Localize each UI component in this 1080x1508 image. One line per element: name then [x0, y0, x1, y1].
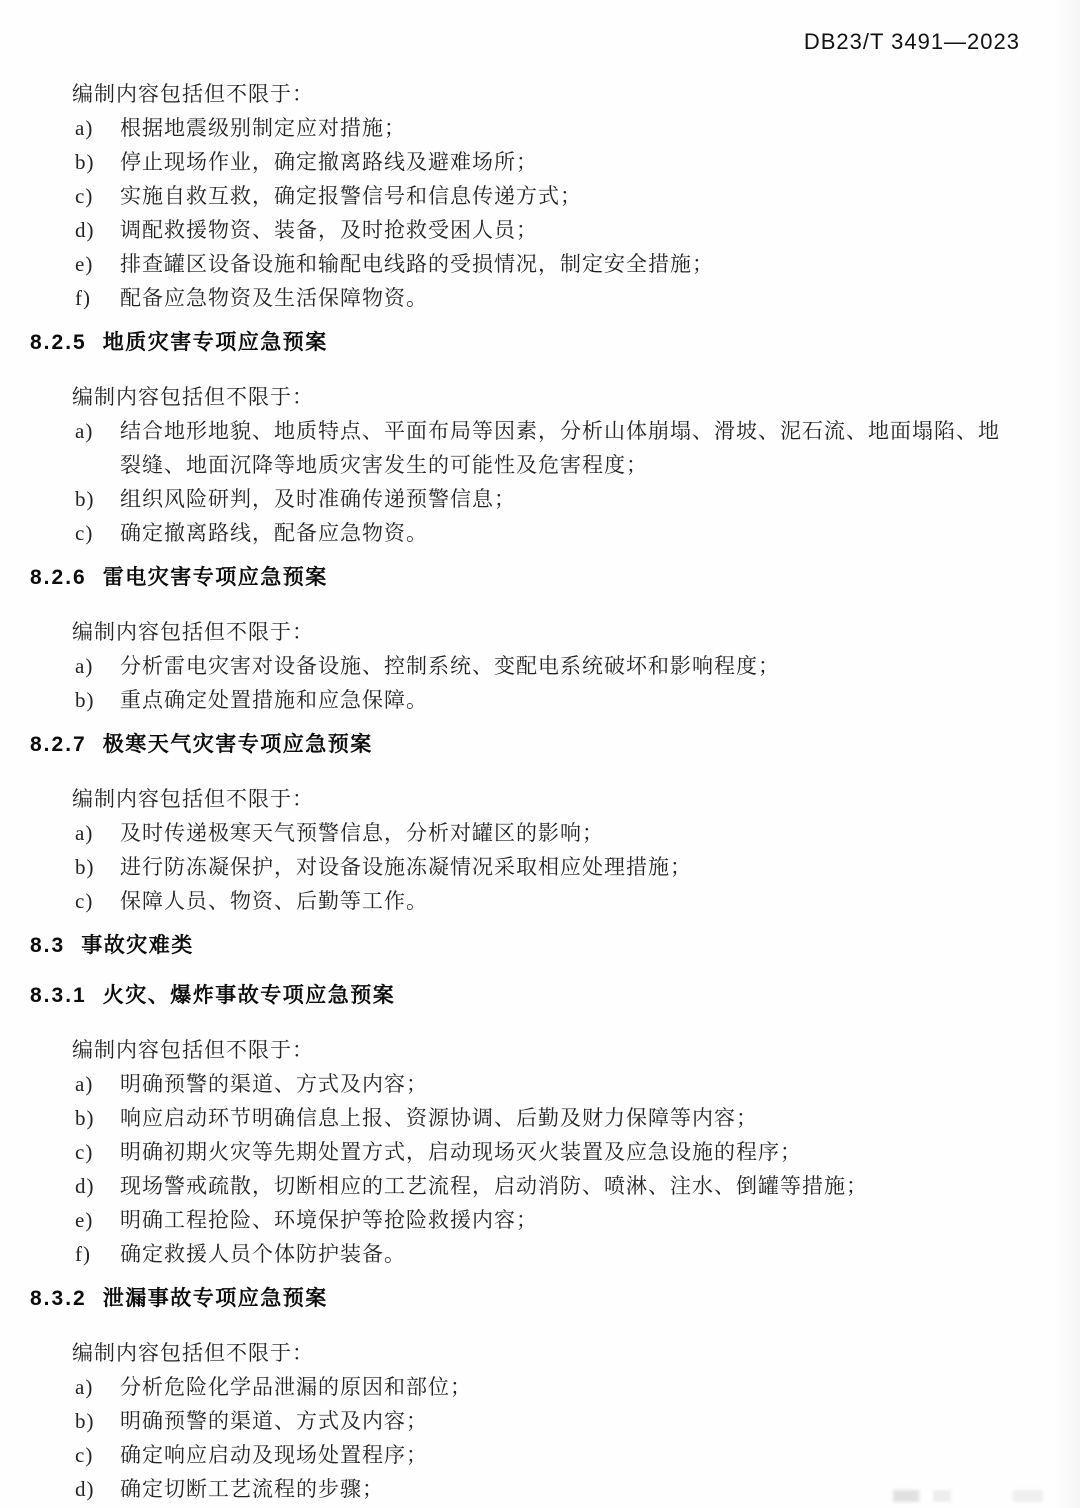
section-number: 8.3 — [30, 932, 65, 960]
list-intro: 编制内容包括但不限于： — [72, 1033, 1080, 1067]
list-item: a)结合地形地貌、地质特点、平面布局等因素，分析山体崩塌、滑坡、泥石流、地面塌陷… — [75, 414, 1080, 482]
list-item-letter: a) — [75, 816, 120, 850]
list-item: b)停止现场作业，确定撤离路线及避难场所； — [75, 145, 1080, 179]
list-item-text: 明确初期火灾等先期处置方式，启动现场灭火装置及应急设施的程序； — [120, 1135, 1010, 1169]
list-item: f)配备应急物资及生活保障物资。 — [75, 281, 1080, 315]
section-heading: 8.3.2泄漏事故专项应急预案 — [30, 1285, 1080, 1313]
list-item-text: 实施自救互救，确定报警信号和信息传递方式； — [120, 179, 1010, 213]
list-item-letter: b) — [75, 1101, 120, 1135]
list-item-text: 响应启动环节明确信息上报、资源协调、后勤及财力保障等内容； — [120, 1101, 1010, 1135]
list-item-letter: e) — [75, 1203, 120, 1237]
list-item-text: 及时传递极寒天气预警信息，分析对罐区的影响； — [120, 816, 1010, 850]
list-item: c)保障人员、物资、后勤等工作。 — [75, 884, 1080, 918]
list-item-text: 明确预警的渠道、方式及内容； — [120, 1067, 1010, 1101]
list-item: b)明确预警的渠道、方式及内容； — [75, 1404, 1080, 1438]
list-item: e)明确工程抢险、环境保护等抢险救援内容； — [75, 1203, 1080, 1237]
list-item-letter: b) — [75, 482, 120, 516]
list-item: a)及时传递极寒天气预警信息，分析对罐区的影响； — [75, 816, 1080, 850]
list-item: a)明确预警的渠道、方式及内容； — [75, 1067, 1080, 1101]
list-item-text: 调配救援物资、装备，及时抢救受困人员； — [120, 213, 1010, 247]
list-item-letter: f) — [75, 281, 120, 315]
list-item-text: 确定救援人员个体防护装备。 — [120, 1237, 1010, 1271]
list-intro: 编制内容包括但不限于： — [72, 380, 1080, 414]
list-item-letter: a) — [75, 1067, 120, 1101]
section-title: 泄漏事故专项应急预案 — [103, 1285, 328, 1313]
list-intro: 编制内容包括但不限于： — [72, 77, 1080, 111]
list-intro: 编制内容包括但不限于： — [72, 615, 1080, 649]
section-number: 8.3.1 — [30, 982, 87, 1010]
list-item-letter: d) — [75, 1169, 120, 1203]
list-item-text: 分析危险化学品泄漏的原因和部位； — [120, 1370, 1010, 1404]
list-intro: 编制内容包括但不限于： — [72, 1336, 1080, 1370]
section-number: 8.2.6 — [30, 564, 87, 592]
list-item-letter: c) — [75, 179, 120, 213]
list-item: d)调配救援物资、装备，及时抢救受困人员； — [75, 213, 1080, 247]
list-item: a)分析雷电灾害对设备设施、控制系统、变配电系统破坏和影响程度； — [75, 649, 1080, 683]
section-title: 火灾、爆炸事故专项应急预案 — [103, 982, 396, 1010]
list-item-text: 确定切断工艺流程的步骤； — [120, 1472, 1010, 1506]
list-item-letter: c) — [75, 516, 120, 550]
document-body: 编制内容包括但不限于：a)根据地震级别制定应对措施；b)停止现场作业，确定撤离路… — [0, 77, 1080, 1506]
list-item: d)确定切断工艺流程的步骤； — [75, 1472, 1080, 1506]
list-item: c)确定响应启动及现场处置程序； — [75, 1438, 1080, 1472]
list-item: b)响应启动环节明确信息上报、资源协调、后勤及财力保障等内容； — [75, 1101, 1080, 1135]
list-item-letter: a) — [75, 649, 120, 683]
list-item: c)确定撤离路线，配备应急物资。 — [75, 516, 1080, 550]
list-item-text: 停止现场作业，确定撤离路线及避难场所； — [120, 145, 1010, 179]
list-item: a)根据地震级别制定应对措施； — [75, 111, 1080, 145]
list-item-letter: b) — [75, 850, 120, 884]
section-heading: 8.2.6雷电灾害专项应急预案 — [30, 564, 1080, 592]
list-item-text: 进行防冻凝保护，对设备设施冻凝情况采取相应处理措施； — [120, 850, 1010, 884]
list-item: c)实施自救互救，确定报警信号和信息传递方式； — [75, 179, 1080, 213]
list-item-letter: a) — [75, 111, 120, 145]
list-item-letter: a) — [75, 1370, 120, 1404]
section-heading: 8.3.1火灾、爆炸事故专项应急预案 — [30, 982, 1080, 1010]
list-intro: 编制内容包括但不限于： — [72, 782, 1080, 816]
list-item: b)组织风险研判，及时准确传递预警信息； — [75, 482, 1080, 516]
list-item-letter: c) — [75, 884, 120, 918]
standard-number: DB23/T 3491—2023 — [0, 0, 1080, 54]
section-title: 地质灾害专项应急预案 — [103, 329, 328, 357]
list-item: b)进行防冻凝保护，对设备设施冻凝情况采取相应处理措施； — [75, 850, 1080, 884]
list-item-text: 分析雷电灾害对设备设施、控制系统、变配电系统破坏和影响程度； — [120, 649, 1010, 683]
section-heading: 8.3事故灾难类 — [30, 932, 1080, 960]
list-item-text: 重点确定处置措施和应急保障。 — [120, 683, 1010, 717]
document-page: DB23/T 3491—2023 编制内容包括但不限于：a)根据地震级别制定应对… — [0, 0, 1080, 1508]
list-item-letter: a) — [75, 414, 120, 482]
section-number: 8.2.5 — [30, 329, 87, 357]
section-heading: 8.2.7极寒天气灾害专项应急预案 — [30, 731, 1080, 759]
list-item-text: 组织风险研判，及时准确传递预警信息； — [120, 482, 1010, 516]
list-item-letter: c) — [75, 1438, 120, 1472]
list-item-text: 排查罐区设备设施和输配电线路的受损情况，制定安全措施； — [120, 247, 1010, 281]
section-heading: 8.2.5地质灾害专项应急预案 — [30, 329, 1080, 357]
list-item-text: 保障人员、物资、后勤等工作。 — [120, 884, 1010, 918]
list-item-letter: d) — [75, 1472, 120, 1506]
list-item: e)排查罐区设备设施和输配电线路的受损情况，制定安全措施； — [75, 247, 1080, 281]
list-item: b)重点确定处置措施和应急保障。 — [75, 683, 1080, 717]
list-item-text: 配备应急物资及生活保障物资。 — [120, 281, 1010, 315]
list-item-text: 确定响应启动及现场处置程序； — [120, 1438, 1010, 1472]
list-item-letter: b) — [75, 1404, 120, 1438]
list-item-letter: e) — [75, 247, 120, 281]
list-item-text: 确定撤离路线，配备应急物资。 — [120, 516, 1010, 550]
section-title: 雷电灾害专项应急预案 — [103, 564, 328, 592]
list-item-text: 根据地震级别制定应对措施； — [120, 111, 1010, 145]
section-number: 8.3.2 — [30, 1285, 87, 1313]
list-item: d)现场警戒疏散，切断相应的工艺流程，启动消防、喷淋、注水、倒罐等措施； — [75, 1169, 1080, 1203]
list-item-text: 结合地形地貌、地质特点、平面布局等因素，分析山体崩塌、滑坡、泥石流、地面塌陷、地… — [120, 414, 1010, 482]
list-item: c)明确初期火灾等先期处置方式，启动现场灭火装置及应急设施的程序； — [75, 1135, 1080, 1169]
section-number: 8.2.7 — [30, 731, 87, 759]
list-item-letter: b) — [75, 145, 120, 179]
list-item: f)确定救援人员个体防护装备。 — [75, 1237, 1080, 1271]
section-title: 极寒天气灾害专项应急预案 — [103, 731, 373, 759]
list-item: a)分析危险化学品泄漏的原因和部位； — [75, 1370, 1080, 1404]
list-item-letter: c) — [75, 1135, 120, 1169]
list-item-letter: b) — [75, 683, 120, 717]
list-item-letter: f) — [75, 1237, 120, 1271]
list-item-text: 明确工程抢险、环境保护等抢险救援内容； — [120, 1203, 1010, 1237]
list-item-text: 明确预警的渠道、方式及内容； — [120, 1404, 1010, 1438]
section-title: 事故灾难类 — [81, 932, 194, 960]
list-item-text: 现场警戒疏散，切断相应的工艺流程，启动消防、喷淋、注水、倒罐等措施； — [120, 1169, 1010, 1203]
list-item-letter: d) — [75, 213, 120, 247]
